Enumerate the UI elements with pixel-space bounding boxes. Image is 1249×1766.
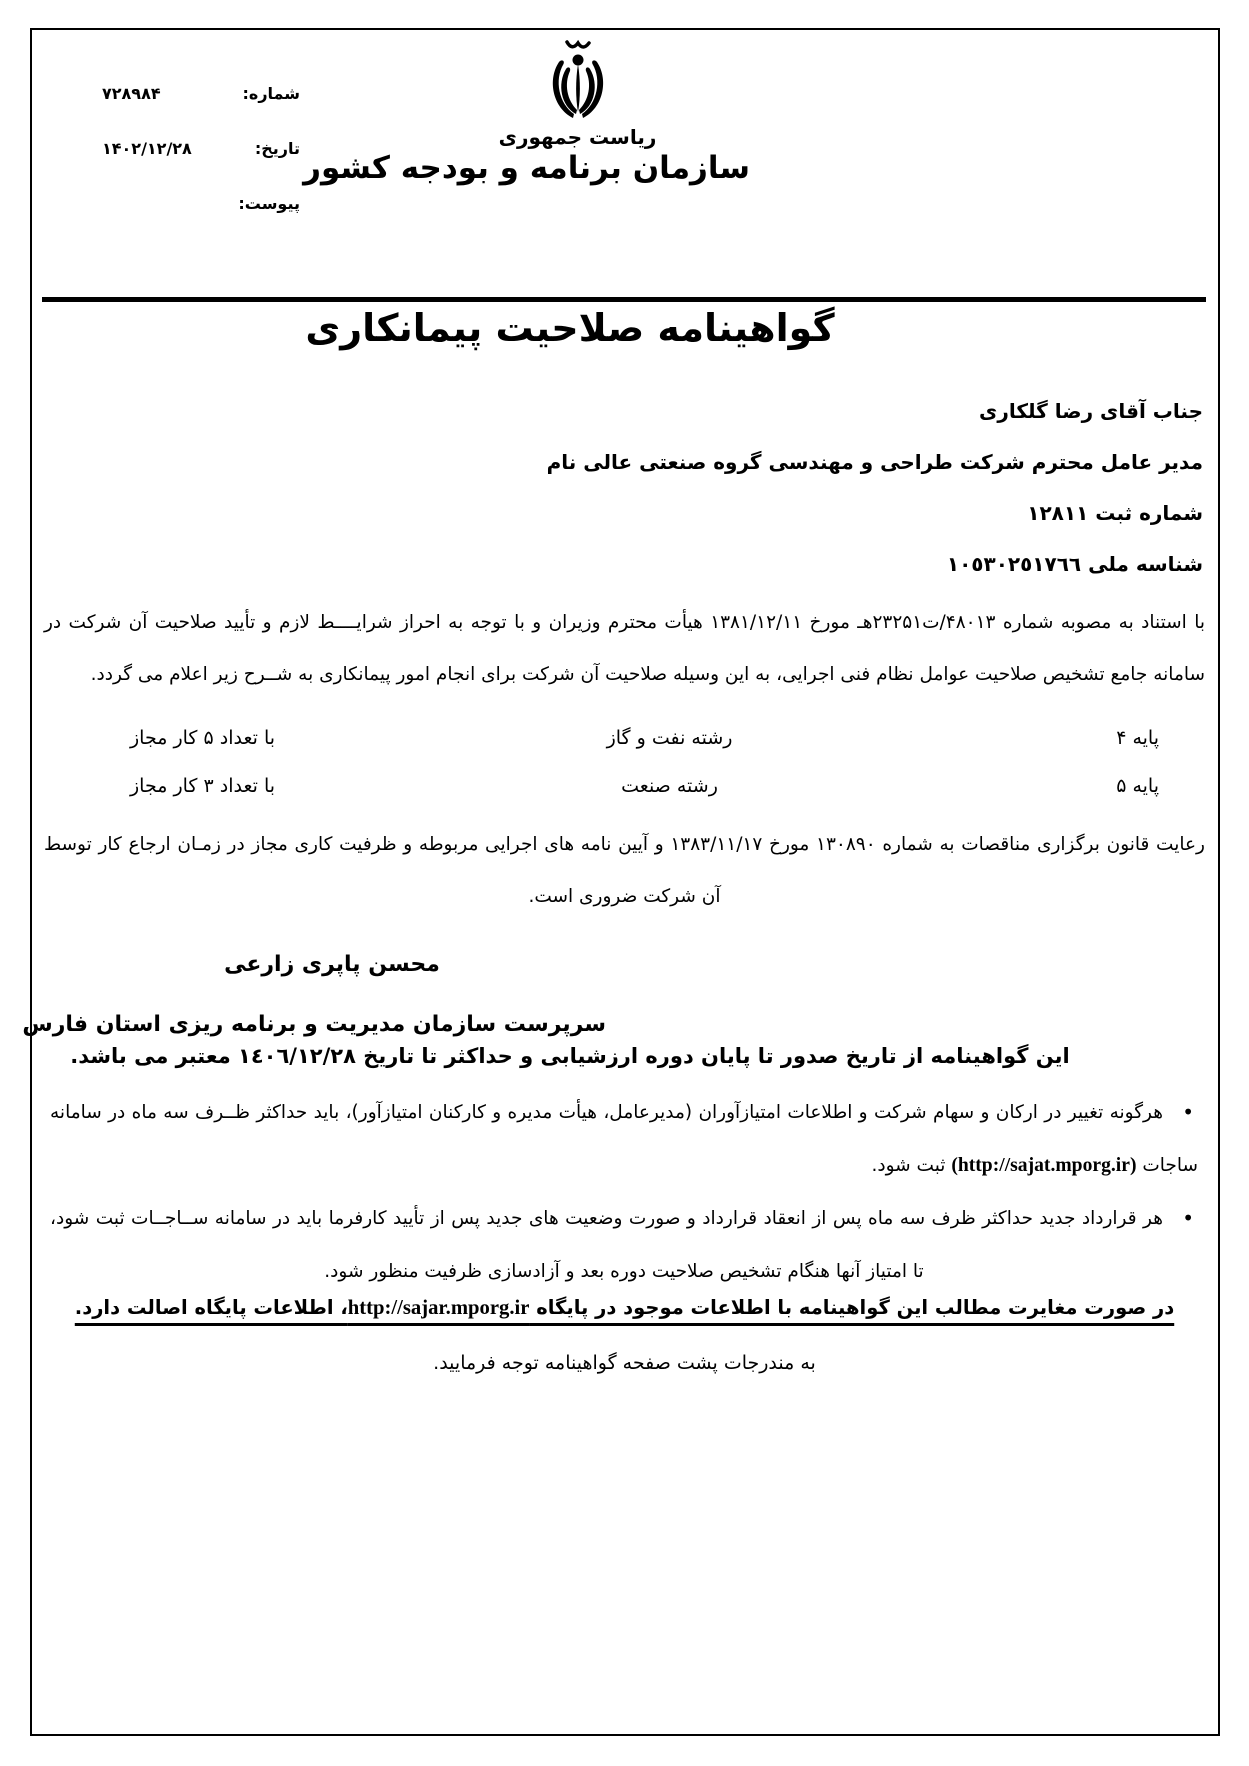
certificate-page: شماره: ۷۲۸۹۸۴ تاریخ: ۱۴۰۲/۱۲/۲۸ پیوست: ر…	[0, 0, 1249, 1766]
attachment-label: پیوست:	[238, 194, 300, 213]
sajat-url-text: (http://sajat.mporg.ir)	[951, 1155, 1136, 1176]
org-line-pbo: سازمان برنامه و بودجه کشور	[405, 150, 750, 186]
bullet-icon: •	[1182, 1192, 1194, 1245]
number-value: ۷۲۸۹۸۴	[102, 84, 161, 103]
signatory-title: سرپرست سازمان مدیریت و برنامه ریزی استان…	[58, 1008, 606, 1042]
bullet-icon: •	[1182, 1086, 1194, 1139]
capacity-cell: با تعداد ۵ کار مجاز	[44, 714, 334, 762]
number-label: شماره:	[242, 84, 300, 103]
field-cell: رشته صنعت	[334, 762, 1005, 810]
recipient-national-id: شناسه ملی ١٠٥٣٠٢٥١٧٦٦	[46, 539, 1203, 590]
validity-statement: این گواهینامه از تاریخ صدور تا پایان دور…	[40, 1044, 1100, 1068]
signatory-name: محسن پاپری زارعی	[58, 948, 606, 982]
date-value: ۱۴۰۲/۱۲/۲۸	[102, 139, 192, 158]
recipient-name: جناب آقای رضا گلکاری	[46, 386, 1203, 437]
header-divider-line	[42, 297, 1206, 302]
intro-paragraph: با استناد به مصوبه شماره ۴۸۰۱۳/ت۲۳۲۵۱هـ …	[44, 597, 1205, 701]
recipient-role: مدیر عامل محترم شرکت طراحی و مهندسی گروه…	[46, 437, 1203, 488]
date-label: تاریخ:	[255, 139, 300, 158]
recipient-block: جناب آقای رضا گلکاری مدیر عامل محترم شرک…	[46, 386, 1203, 590]
signatory-block: محسن پاپری زارعی سرپرست سازمان مدیریت و …	[58, 948, 606, 1042]
grade-cell: پایه ۵	[1005, 762, 1205, 810]
letter-meta-block: شماره: ۷۲۸۹۸۴ تاریخ: ۱۴۰۲/۱۲/۲۸ پیوست:	[102, 84, 300, 249]
sajar-url-text: http://sajar.mporg.ir	[348, 1297, 530, 1319]
qualification-row: پایه ۵ رشته صنعت با تعداد ۳ کار مجاز	[44, 762, 1205, 810]
discrepancy-before: در صورت مغایرت مطالب این گواهینامه با اط…	[529, 1296, 1174, 1319]
meta-row-number: شماره: ۷۲۸۹۸۴	[102, 84, 300, 139]
note-item-sajat: • هرگونه تغییر در ارکان و سهام شرکت و اط…	[50, 1086, 1198, 1192]
back-page-note: به مندرجات پشت صفحه گواهینامه توجه فرمای…	[44, 1352, 1205, 1374]
grade-cell: پایه ۴	[1005, 714, 1205, 762]
letterhead: ریاست جمهوری سازمان برنامه و بودجه کشور	[405, 36, 750, 186]
capacity-cell: با تعداد ۳ کار مجاز	[44, 762, 334, 810]
discrepancy-note-text: در صورت مغایرت مطالب این گواهینامه با اط…	[75, 1296, 1174, 1319]
certificate-title: گواهینامه صلاحیت پیمانکاری	[40, 306, 1100, 350]
note-text: ثبت شود.	[871, 1155, 951, 1176]
tender-law-paragraph: رعایت قانون برگزاری مناقصات به شماره ۱۳۰…	[44, 819, 1205, 923]
meta-row-attachment: پیوست:	[102, 194, 300, 249]
qualification-row: پایه ۴ رشته نفت و گاز با تعداد ۵ کار مجا…	[44, 714, 1205, 762]
field-cell: رشته نفت و گاز	[334, 714, 1005, 762]
iran-emblem-icon	[547, 36, 609, 120]
note-text: هر قرارداد جدید حداکثر ظرف سه ماه پس از …	[50, 1208, 1163, 1282]
note-item-contracts: • هر قرارداد جدید حداکثر ظرف سه ماه پس ا…	[50, 1192, 1198, 1298]
discrepancy-note: در صورت مغایرت مطالب این گواهینامه با اط…	[44, 1296, 1205, 1320]
notes-list: • هرگونه تغییر در ارکان و سهام شرکت و اط…	[50, 1086, 1198, 1298]
recipient-registration-number: شماره ثبت ۱۲۸۱۱	[46, 488, 1203, 539]
meta-row-date: تاریخ: ۱۴۰۲/۱۲/۲۸	[102, 139, 300, 194]
qualification-table: پایه ۴ رشته نفت و گاز با تعداد ۵ کار مجا…	[44, 714, 1205, 810]
org-line-presidency: ریاست جمهوری	[405, 125, 750, 149]
discrepancy-after: ، اطلاعات پایگاه اصالت دارد.	[75, 1296, 348, 1319]
